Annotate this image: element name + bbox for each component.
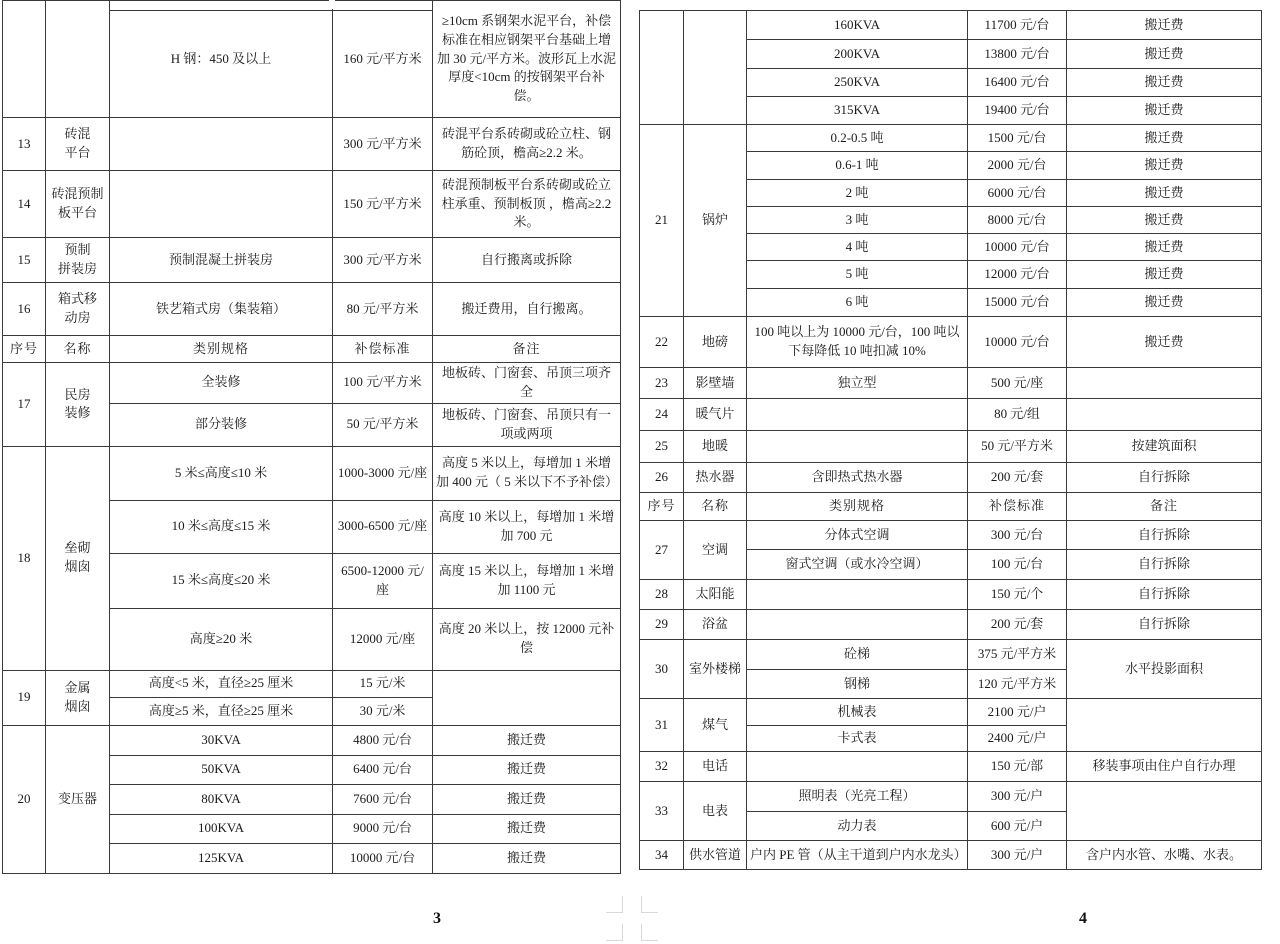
- table-row: 20变压器30KVA4800 元/台搬迁费: [3, 725, 621, 755]
- table-cell: 地磅: [684, 317, 747, 368]
- table-row: 22地磅100 吨以上为 10000 元/台，100 吨以下每降低 10 吨扣减…: [640, 317, 1262, 368]
- table-cell: 搬迁费: [1067, 40, 1262, 69]
- page3-bottom-right-edge-mark: [606, 896, 623, 913]
- table-cell: 30KVA: [110, 725, 333, 755]
- table-cell: 搬迁费: [1067, 207, 1262, 234]
- table-cell: 19400 元/台: [968, 97, 1067, 125]
- table-cell: 50 元/平方米: [968, 431, 1067, 463]
- table-cell: 搬迁费: [1067, 261, 1262, 289]
- table-cell: 动力表: [747, 812, 968, 841]
- table-cell: 14: [3, 171, 46, 238]
- table-cell: 5 米≤高度≤10 米: [110, 446, 333, 500]
- table-cell: 300 元/平方米: [333, 118, 433, 171]
- table-cell: 30 元/米: [333, 697, 433, 725]
- table-cell: 10 米≤高度≤15 米: [110, 500, 333, 553]
- table-row: 33电表照明表（光亮工程）300 元/户: [640, 782, 1262, 812]
- table-cell: 供水管道: [684, 841, 747, 870]
- table-cell: 铁艺箱式房（集装箱）: [110, 283, 333, 336]
- page3-subrow-top-border: [109, 10, 432, 11]
- table-cell: 搬迁费: [433, 784, 621, 814]
- table-cell: 浴盆: [684, 610, 747, 640]
- table-cell: 2100 元/户: [968, 699, 1067, 726]
- table-cell: 室外楼梯: [684, 640, 747, 699]
- table-cell: 6400 元/台: [333, 755, 433, 784]
- table-cell: 照明表（光亮工程）: [747, 782, 968, 812]
- header-cell: 类别规格: [747, 493, 968, 521]
- table-cell: 27: [640, 521, 684, 580]
- table-row: 32电话150 元/部移装事项由住户自行办理: [640, 752, 1262, 782]
- table-cell: 按建筑面积: [1067, 431, 1262, 463]
- table-cell: 部分装修: [110, 403, 333, 446]
- table-row: 26热水器含即热式热水器200 元/套自行拆除: [640, 463, 1262, 493]
- table-cell: 自行拆除: [1067, 463, 1262, 493]
- table-cell: 21: [640, 125, 684, 317]
- empty-cell: [747, 580, 968, 610]
- table-cell: 10000 元/台: [333, 843, 433, 873]
- table-cell: 26: [640, 463, 684, 493]
- table-cell: 600 元/户: [968, 812, 1067, 841]
- table-cell: 315KVA: [747, 97, 968, 125]
- table-row: 序号名称类别规格补偿标准备注: [640, 493, 1262, 521]
- empty-cell: [640, 11, 684, 125]
- table-cell: 高度 20 米以上，按 12000 元补偿: [433, 608, 621, 670]
- table-cell: 高度 10 米以上，每增加 1 米增加 700 元: [433, 500, 621, 553]
- header-cell: 备注: [433, 336, 621, 363]
- table-cell: 31: [640, 699, 684, 752]
- header-cell: 序号: [640, 493, 684, 521]
- header-cell: 补偿标准: [333, 336, 433, 363]
- table-cell: 150 元/平方米: [333, 171, 433, 238]
- table-cell: 搬迁费: [433, 725, 621, 755]
- empty-cell: [1067, 399, 1262, 431]
- table-cell: 太阳能: [684, 580, 747, 610]
- table-row: 24暖气片80 元/组: [640, 399, 1262, 431]
- table-cell: H 钢：450 及以上: [110, 1, 333, 118]
- table-cell: 高度<5 米，直径≥25 厘米: [110, 670, 333, 697]
- table-cell: 高度≥20 米: [110, 608, 333, 670]
- table-cell: 16400 元/台: [968, 69, 1067, 97]
- table-cell: 独立型: [747, 368, 968, 399]
- table-cell: 自行拆除: [1067, 521, 1262, 550]
- table-cell: 搬迁费: [1067, 97, 1262, 125]
- table-cell: 窗式空调（或水冷空调）: [747, 550, 968, 580]
- page3-border-patch: [329, 0, 335, 9]
- table-cell: 1000-3000 元/座: [333, 446, 433, 500]
- table-cell: 煤气: [684, 699, 747, 752]
- document-view: { "page3": { "page_number": "3", "col_wi…: [0, 0, 1280, 944]
- page-number-4: 4: [1079, 910, 1087, 928]
- table-row: 28太阳能150 元/个自行拆除: [640, 580, 1262, 610]
- table-cell: 1500 元/台: [968, 125, 1067, 152]
- empty-cell: [1067, 368, 1262, 399]
- table-cell: 2400 元/户: [968, 726, 1067, 752]
- table-cell: 预制混凝土拼装房: [110, 238, 333, 283]
- table-row: 27空调分体式空调300 元/台自行拆除: [640, 521, 1262, 550]
- table-cell: 100KVA: [110, 814, 333, 843]
- table-cell: 钢梯: [747, 670, 968, 699]
- table-cell: 含即热式热水器: [747, 463, 968, 493]
- table-cell: 影壁墙: [684, 368, 747, 399]
- table-cell: 民房 装修: [46, 363, 110, 447]
- table-row: 17民房 装修全装修100 元/平方米地板砖、门窗套、吊顶三项齐全: [3, 363, 621, 404]
- table-cell: 分体式空调: [747, 521, 968, 550]
- table-cell: 33: [640, 782, 684, 841]
- header-cell: 备注: [1067, 493, 1262, 521]
- table-cell: 25: [640, 431, 684, 463]
- table-cell: 6500-12000 元/座: [333, 553, 433, 608]
- table-row: 16箱式移 动房铁艺箱式房（集装箱）80 元/平方米搬迁费用，自行搬离。: [3, 283, 621, 336]
- table-cell: 搬迁费: [1067, 234, 1262, 261]
- table-cell: 搬迁费: [433, 843, 621, 873]
- table-cell: 搬迁费: [1067, 11, 1262, 40]
- table-cell: 地板砖、门窗套、吊顶三项齐全: [433, 363, 621, 404]
- table-cell: 搬迁费: [1067, 125, 1262, 152]
- table-cell: 32: [640, 752, 684, 782]
- table-cell: 变压器: [46, 725, 110, 873]
- empty-cell: [1067, 782, 1262, 841]
- table-row: 29浴盆200 元/套自行拆除: [640, 610, 1262, 640]
- table-cell: 300 元/平方米: [333, 238, 433, 283]
- table-cell: 11700 元/台: [968, 11, 1067, 40]
- table-cell: 10000 元/台: [968, 317, 1067, 368]
- table-cell: 375 元/平方米: [968, 640, 1067, 670]
- page3-bottom-right-edge-mark-2: [606, 924, 623, 941]
- table-cell: 80 元/组: [968, 399, 1067, 431]
- table-cell: 砖混预制板平台系砖砌或砼立柱承重、预制板顶 ，檐高≥2.2 米。: [433, 171, 621, 238]
- table-cell: 24: [640, 399, 684, 431]
- table-cell: 300 元/台: [968, 521, 1067, 550]
- empty-cell: [684, 11, 747, 125]
- page4-compensation-table: 160KVA11700 元/台搬迁费200KVA13800 元/台搬迁费250K…: [639, 10, 1262, 870]
- header-cell: 序号: [3, 336, 46, 363]
- table-cell: 2 吨: [747, 180, 968, 207]
- table-cell: 4800 元/台: [333, 725, 433, 755]
- table-cell: 13800 元/台: [968, 40, 1067, 69]
- table-cell: 29: [640, 610, 684, 640]
- table-cell: 2000 元/台: [968, 152, 1067, 180]
- table-cell: 160 元/平方米: [333, 1, 433, 118]
- table-cell: 19: [3, 670, 46, 725]
- table-row: 19金属 烟囱高度<5 米，直径≥25 厘米15 元/米: [3, 670, 621, 697]
- empty-cell: [747, 431, 968, 463]
- table-cell: 8000 元/台: [968, 207, 1067, 234]
- table-row: 160KVA11700 元/台搬迁费: [640, 11, 1262, 40]
- page3-compensation-table: H 钢：450 及以上160 元/平方米≥10cm 系钢架水泥平台，补偿标准在相…: [2, 0, 621, 874]
- table-cell: 机械表: [747, 699, 968, 726]
- table-cell: 15000 元/台: [968, 289, 1067, 317]
- table-row: 25地暖50 元/平方米按建筑面积: [640, 431, 1262, 463]
- empty-cell: [747, 610, 968, 640]
- table-cell: 预制 拼装房: [46, 238, 110, 283]
- table-cell: 锅炉: [684, 125, 747, 317]
- table-row: 14砖混预制 板平台150 元/平方米砖混预制板平台系砖砌或砼立柱承重、预制板顶…: [3, 171, 621, 238]
- table-cell: 搬迁费: [1067, 69, 1262, 97]
- table-cell: 地板砖、门窗套、吊顶只有一项或两项: [433, 403, 621, 446]
- table-cell: 9000 元/台: [333, 814, 433, 843]
- table-row: 序号名称类别规格补偿标准备注: [3, 336, 621, 363]
- table-row: 18垒砌 烟囱5 米≤高度≤10 米1000-3000 元/座高度 5 米以上，…: [3, 446, 621, 500]
- table-cell: 卡式表: [747, 726, 968, 752]
- empty-cell: [110, 118, 333, 171]
- table-cell: 30: [640, 640, 684, 699]
- table-cell: 160KVA: [747, 11, 968, 40]
- table-cell: 100 元/台: [968, 550, 1067, 580]
- table-cell: 150 元/部: [968, 752, 1067, 782]
- table-cell: 50 元/平方米: [333, 403, 433, 446]
- table-cell: 搬迁费: [1067, 152, 1262, 180]
- table-cell: 砖混 平台: [46, 118, 110, 171]
- table-cell: 200 元/套: [968, 463, 1067, 493]
- page-number-3: 3: [433, 910, 441, 928]
- table-cell: 自行拆除: [1067, 550, 1262, 580]
- table-cell: ≥10cm 系钢架水泥平台，补偿标准在相应钢架平台基础上增加 30 元/平方米。…: [433, 1, 621, 118]
- table-cell: 15: [3, 238, 46, 283]
- page4-bottom-left-edge-mark: [641, 896, 658, 913]
- table-cell: 搬迁费: [1067, 317, 1262, 368]
- table-cell: 搬迁费用，自行搬离。: [433, 283, 621, 336]
- table-row: 21锅炉0.2-0.5 吨1500 元/台搬迁费: [640, 125, 1262, 152]
- table-row: 30室外楼梯砼梯375 元/平方米水平投影面积: [640, 640, 1262, 670]
- table-cell: 全装修: [110, 363, 333, 404]
- table-cell: 移装事项由住户自行办理: [1067, 752, 1262, 782]
- table-cell: 0.6-1 吨: [747, 152, 968, 180]
- table-cell: 砼梯: [747, 640, 968, 670]
- table-cell: 34: [640, 841, 684, 870]
- table-row: 31煤气机械表2100 元/户: [640, 699, 1262, 726]
- table-cell: 金属 烟囱: [46, 670, 110, 725]
- table-cell: 22: [640, 317, 684, 368]
- table-cell: 12000 元/台: [968, 261, 1067, 289]
- table-row: 13砖混 平台300 元/平方米砖混平台系砖砌或砼立柱、钢筋砼顶，檐高≥2.2 …: [3, 118, 621, 171]
- table-cell: 100 吨以上为 10000 元/台，100 吨以下每降低 10 吨扣减 10%: [747, 317, 968, 368]
- table-cell: 电表: [684, 782, 747, 841]
- table-cell: 6 吨: [747, 289, 968, 317]
- table-cell: 砖混预制 板平台: [46, 171, 110, 238]
- table-cell: 6000 元/台: [968, 180, 1067, 207]
- table-cell: 搬迁费: [1067, 180, 1262, 207]
- empty-cell: [747, 399, 968, 431]
- empty-cell: [1067, 699, 1262, 752]
- table-cell: 自行拆除: [1067, 610, 1262, 640]
- table-cell: 125KVA: [110, 843, 333, 873]
- table-cell: 高度 5 米以上，每增加 1 米增加 400 元（ 5 米以下不予补偿）: [433, 446, 621, 500]
- table-cell: 自行拆除: [1067, 580, 1262, 610]
- page4-bottom-left-edge-mark-2: [641, 924, 658, 941]
- table-cell: 18: [3, 446, 46, 670]
- table-cell: 28: [640, 580, 684, 610]
- table-cell: 13: [3, 118, 46, 171]
- table-cell: 15 米≤高度≤20 米: [110, 553, 333, 608]
- table-cell: 15 元/米: [333, 670, 433, 697]
- table-cell: 户内 PE 管（从主干道到户内水龙头）: [747, 841, 968, 870]
- table-cell: 20: [3, 725, 46, 873]
- table-cell: 搬迁费: [433, 755, 621, 784]
- table-cell: 16: [3, 283, 46, 336]
- table-cell: 23: [640, 368, 684, 399]
- table-cell: 热水器: [684, 463, 747, 493]
- table-cell: 250KVA: [747, 69, 968, 97]
- table-cell: 12000 元/座: [333, 608, 433, 670]
- table-cell: 箱式移 动房: [46, 283, 110, 336]
- table-cell: 200 元/套: [968, 610, 1067, 640]
- table-row: 15预制 拼装房预制混凝土拼装房300 元/平方米自行搬离或拆除: [3, 238, 621, 283]
- table-cell: 3 吨: [747, 207, 968, 234]
- table-cell: 电话: [684, 752, 747, 782]
- table-cell: 200KVA: [747, 40, 968, 69]
- table-cell: 100 元/平方米: [333, 363, 433, 404]
- table-cell: 0.2-0.5 吨: [747, 125, 968, 152]
- table-cell: 300 元/户: [968, 841, 1067, 870]
- table-cell: 地暖: [684, 431, 747, 463]
- table-cell: 砖混平台系砖砌或砼立柱、钢筋砼顶，檐高≥2.2 米。: [433, 118, 621, 171]
- table-row: 23影壁墙独立型500 元/座: [640, 368, 1262, 399]
- table-cell: 暖气片: [684, 399, 747, 431]
- table-cell: 150 元/个: [968, 580, 1067, 610]
- header-cell: 类别规格: [110, 336, 333, 363]
- header-cell: 补偿标准: [968, 493, 1067, 521]
- table-cell: 高度≥5 米，直径≥25 厘米: [110, 697, 333, 725]
- header-cell: 名称: [684, 493, 747, 521]
- table-cell: 搬迁费: [1067, 289, 1262, 317]
- table-cell: 17: [3, 363, 46, 447]
- table-cell: 50KVA: [110, 755, 333, 784]
- empty-cell: [110, 171, 333, 238]
- table-cell: 空调: [684, 521, 747, 580]
- empty-cell: [3, 1, 46, 118]
- header-cell: 名称: [46, 336, 110, 363]
- table-cell: 500 元/座: [968, 368, 1067, 399]
- table-cell: 300 元/户: [968, 782, 1067, 812]
- table-row: H 钢：450 及以上160 元/平方米≥10cm 系钢架水泥平台，补偿标准在相…: [3, 1, 621, 118]
- table-cell: 垒砌 烟囱: [46, 446, 110, 670]
- table-cell: 5 吨: [747, 261, 968, 289]
- table-cell: 80KVA: [110, 784, 333, 814]
- table-cell: 10000 元/台: [968, 234, 1067, 261]
- empty-cell: [46, 1, 110, 118]
- table-cell: 3000-6500 元/座: [333, 500, 433, 553]
- table-cell: 7600 元/台: [333, 784, 433, 814]
- table-row: 34供水管道户内 PE 管（从主干道到户内水龙头）300 元/户含户内水管、水嘴…: [640, 841, 1262, 870]
- table-cell: 120 元/平方米: [968, 670, 1067, 699]
- empty-cell: [433, 670, 621, 725]
- table-cell: 80 元/平方米: [333, 283, 433, 336]
- table-cell: 水平投影面积: [1067, 640, 1262, 699]
- table-cell: 高度 15 米以上，每增加 1 米增加 1100 元: [433, 553, 621, 608]
- table-cell: 搬迁费: [433, 814, 621, 843]
- table-cell: 4 吨: [747, 234, 968, 261]
- empty-cell: [747, 752, 968, 782]
- table-cell: 自行搬离或拆除: [433, 238, 621, 283]
- table-cell: 含户内水管、水嘴、水表。: [1067, 841, 1262, 870]
